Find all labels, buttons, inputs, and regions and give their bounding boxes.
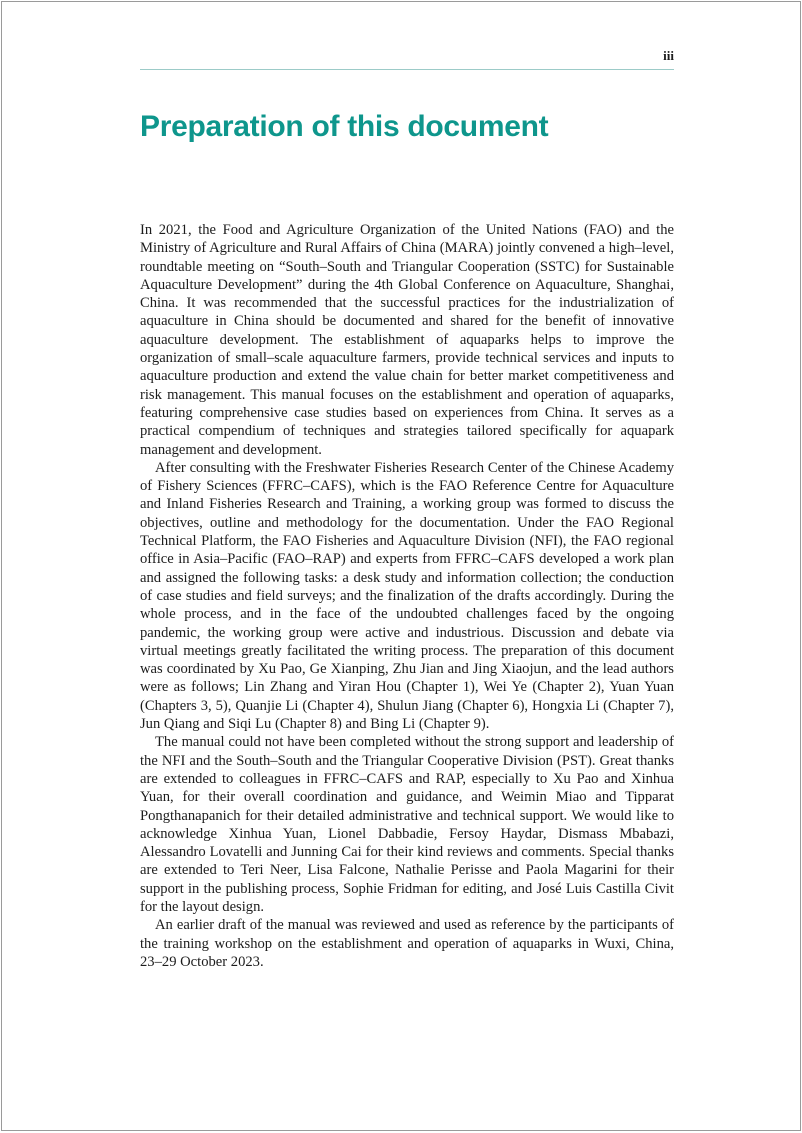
body-paragraph: The manual could not have been completed… [140, 733, 674, 916]
body-paragraph: An earlier draft of the manual was revie… [140, 916, 674, 971]
page-number: iii [140, 48, 674, 64]
page-title: Preparation of this document [140, 110, 674, 143]
body-paragraph: In 2021, the Food and Agriculture Organi… [140, 221, 674, 459]
document-page: iii Preparation of this document In 2021… [1, 1, 801, 1131]
body-paragraph: After consulting with the Freshwater Fis… [140, 459, 674, 733]
header-rule [140, 69, 674, 70]
body-text: In 2021, the Food and Agriculture Organi… [140, 221, 674, 971]
page-content: iii Preparation of this document In 2021… [140, 2, 674, 971]
